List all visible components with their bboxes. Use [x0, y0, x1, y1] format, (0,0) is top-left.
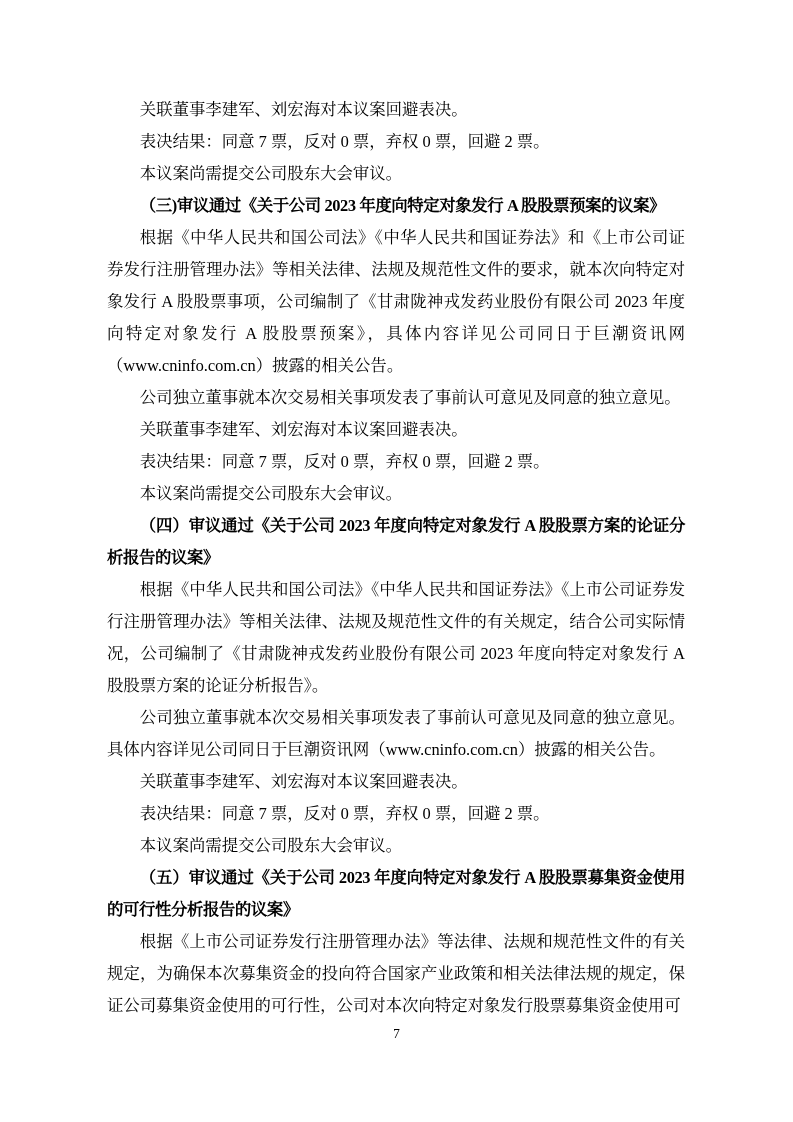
paragraph: 根据《中华人民共和国公司法》《中华人民共和国证券法》《上市公司证券发行注册管理办… — [107, 574, 685, 702]
section-heading: （四）审议通过《关于公司 2023 年度向特定对象发行 A 股股票方案的论证分析… — [107, 510, 685, 574]
paragraph: 公司独立董事就本次交易相关事项发表了事前认可意见及同意的独立意见。 — [107, 382, 685, 414]
paragraph: 本议案尚需提交公司股东大会审议。 — [107, 478, 685, 510]
paragraph: 公司独立董事就本次交易相关事项发表了事前认可意见及同意的独立意见。具体内容详见公… — [107, 702, 685, 766]
section-heading: （三)审议通过《关于公司 2023 年度向特定对象发行 A 股股票预案的议案》 — [107, 190, 685, 222]
paragraph: 根据《上市公司证券发行注册管理办法》等法律、法规和规范性文件的有关规定，为确保本… — [107, 926, 685, 1022]
paragraph: 关联董事李建军、刘宏海对本议案回避表决。 — [107, 766, 685, 798]
paragraph: 表决结果：同意 7 票，反对 0 票，弃权 0 票，回避 2 票。 — [107, 798, 685, 830]
document-page: 关联董事李建军、刘宏海对本议案回避表决。表决结果：同意 7 票，反对 0 票，弃… — [0, 0, 793, 1122]
page-number: 7 — [0, 1026, 793, 1042]
paragraph: 表决结果：同意 7 票，反对 0 票，弃权 0 票，回避 2 票。 — [107, 126, 685, 158]
paragraph: 根据《中华人民共和国公司法》《中华人民共和国证券法》和《上市公司证券发行注册管理… — [107, 222, 685, 382]
paragraph: 表决结果：同意 7 票，反对 0 票，弃权 0 票，回避 2 票。 — [107, 446, 685, 478]
paragraph: 本议案尚需提交公司股东大会审议。 — [107, 830, 685, 862]
paragraph: 关联董事李建军、刘宏海对本议案回避表决。 — [107, 94, 685, 126]
document-body: 关联董事李建军、刘宏海对本议案回避表决。表决结果：同意 7 票，反对 0 票，弃… — [107, 94, 685, 1022]
paragraph: 本议案尚需提交公司股东大会审议。 — [107, 158, 685, 190]
section-heading: （五）审议通过《关于公司 2023 年度向特定对象发行 A 股股票募集资金使用的… — [107, 862, 685, 926]
paragraph: 关联董事李建军、刘宏海对本议案回避表决。 — [107, 414, 685, 446]
